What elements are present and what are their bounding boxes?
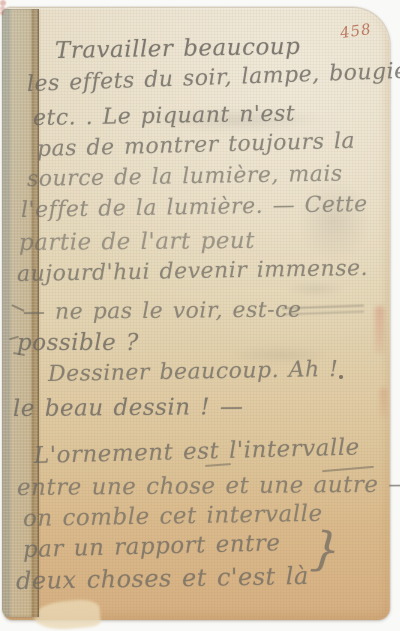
handwritten-line: Dessiner beaucoup. Ah ! [48, 357, 339, 387]
handwritten-line: le beau dessin ! — [13, 394, 244, 422]
red-stain [380, 388, 387, 418]
photo-background: 458 Travailler beaucoup les effets du so… [0, 0, 400, 631]
handwritten-line: deux choses et c'est là [16, 562, 309, 595]
ink-dot [339, 375, 343, 379]
crossed-out-scribble [282, 302, 364, 319]
red-stain [375, 306, 384, 354]
handwritten-line: Travailler beaucoup [55, 34, 301, 64]
ink-bleed-smudge [286, 282, 346, 296]
brace-mark: } [309, 521, 343, 577]
handwritten-line: on comble cet intervalle [23, 501, 323, 532]
handwritten-line: possible ? [17, 330, 139, 356]
handwritten-line: partie de l'art peut [19, 228, 255, 256]
ink-bleed-smudge [298, 178, 370, 263]
handwritten-line: — ne pas le voir, est-ce [23, 298, 302, 325]
handwritten-line: etc. . Le piquant n'est [33, 101, 296, 131]
handwritten-line: entre une chose et une autre — [17, 472, 400, 501]
red-stain-dot [0, 11, 4, 15]
